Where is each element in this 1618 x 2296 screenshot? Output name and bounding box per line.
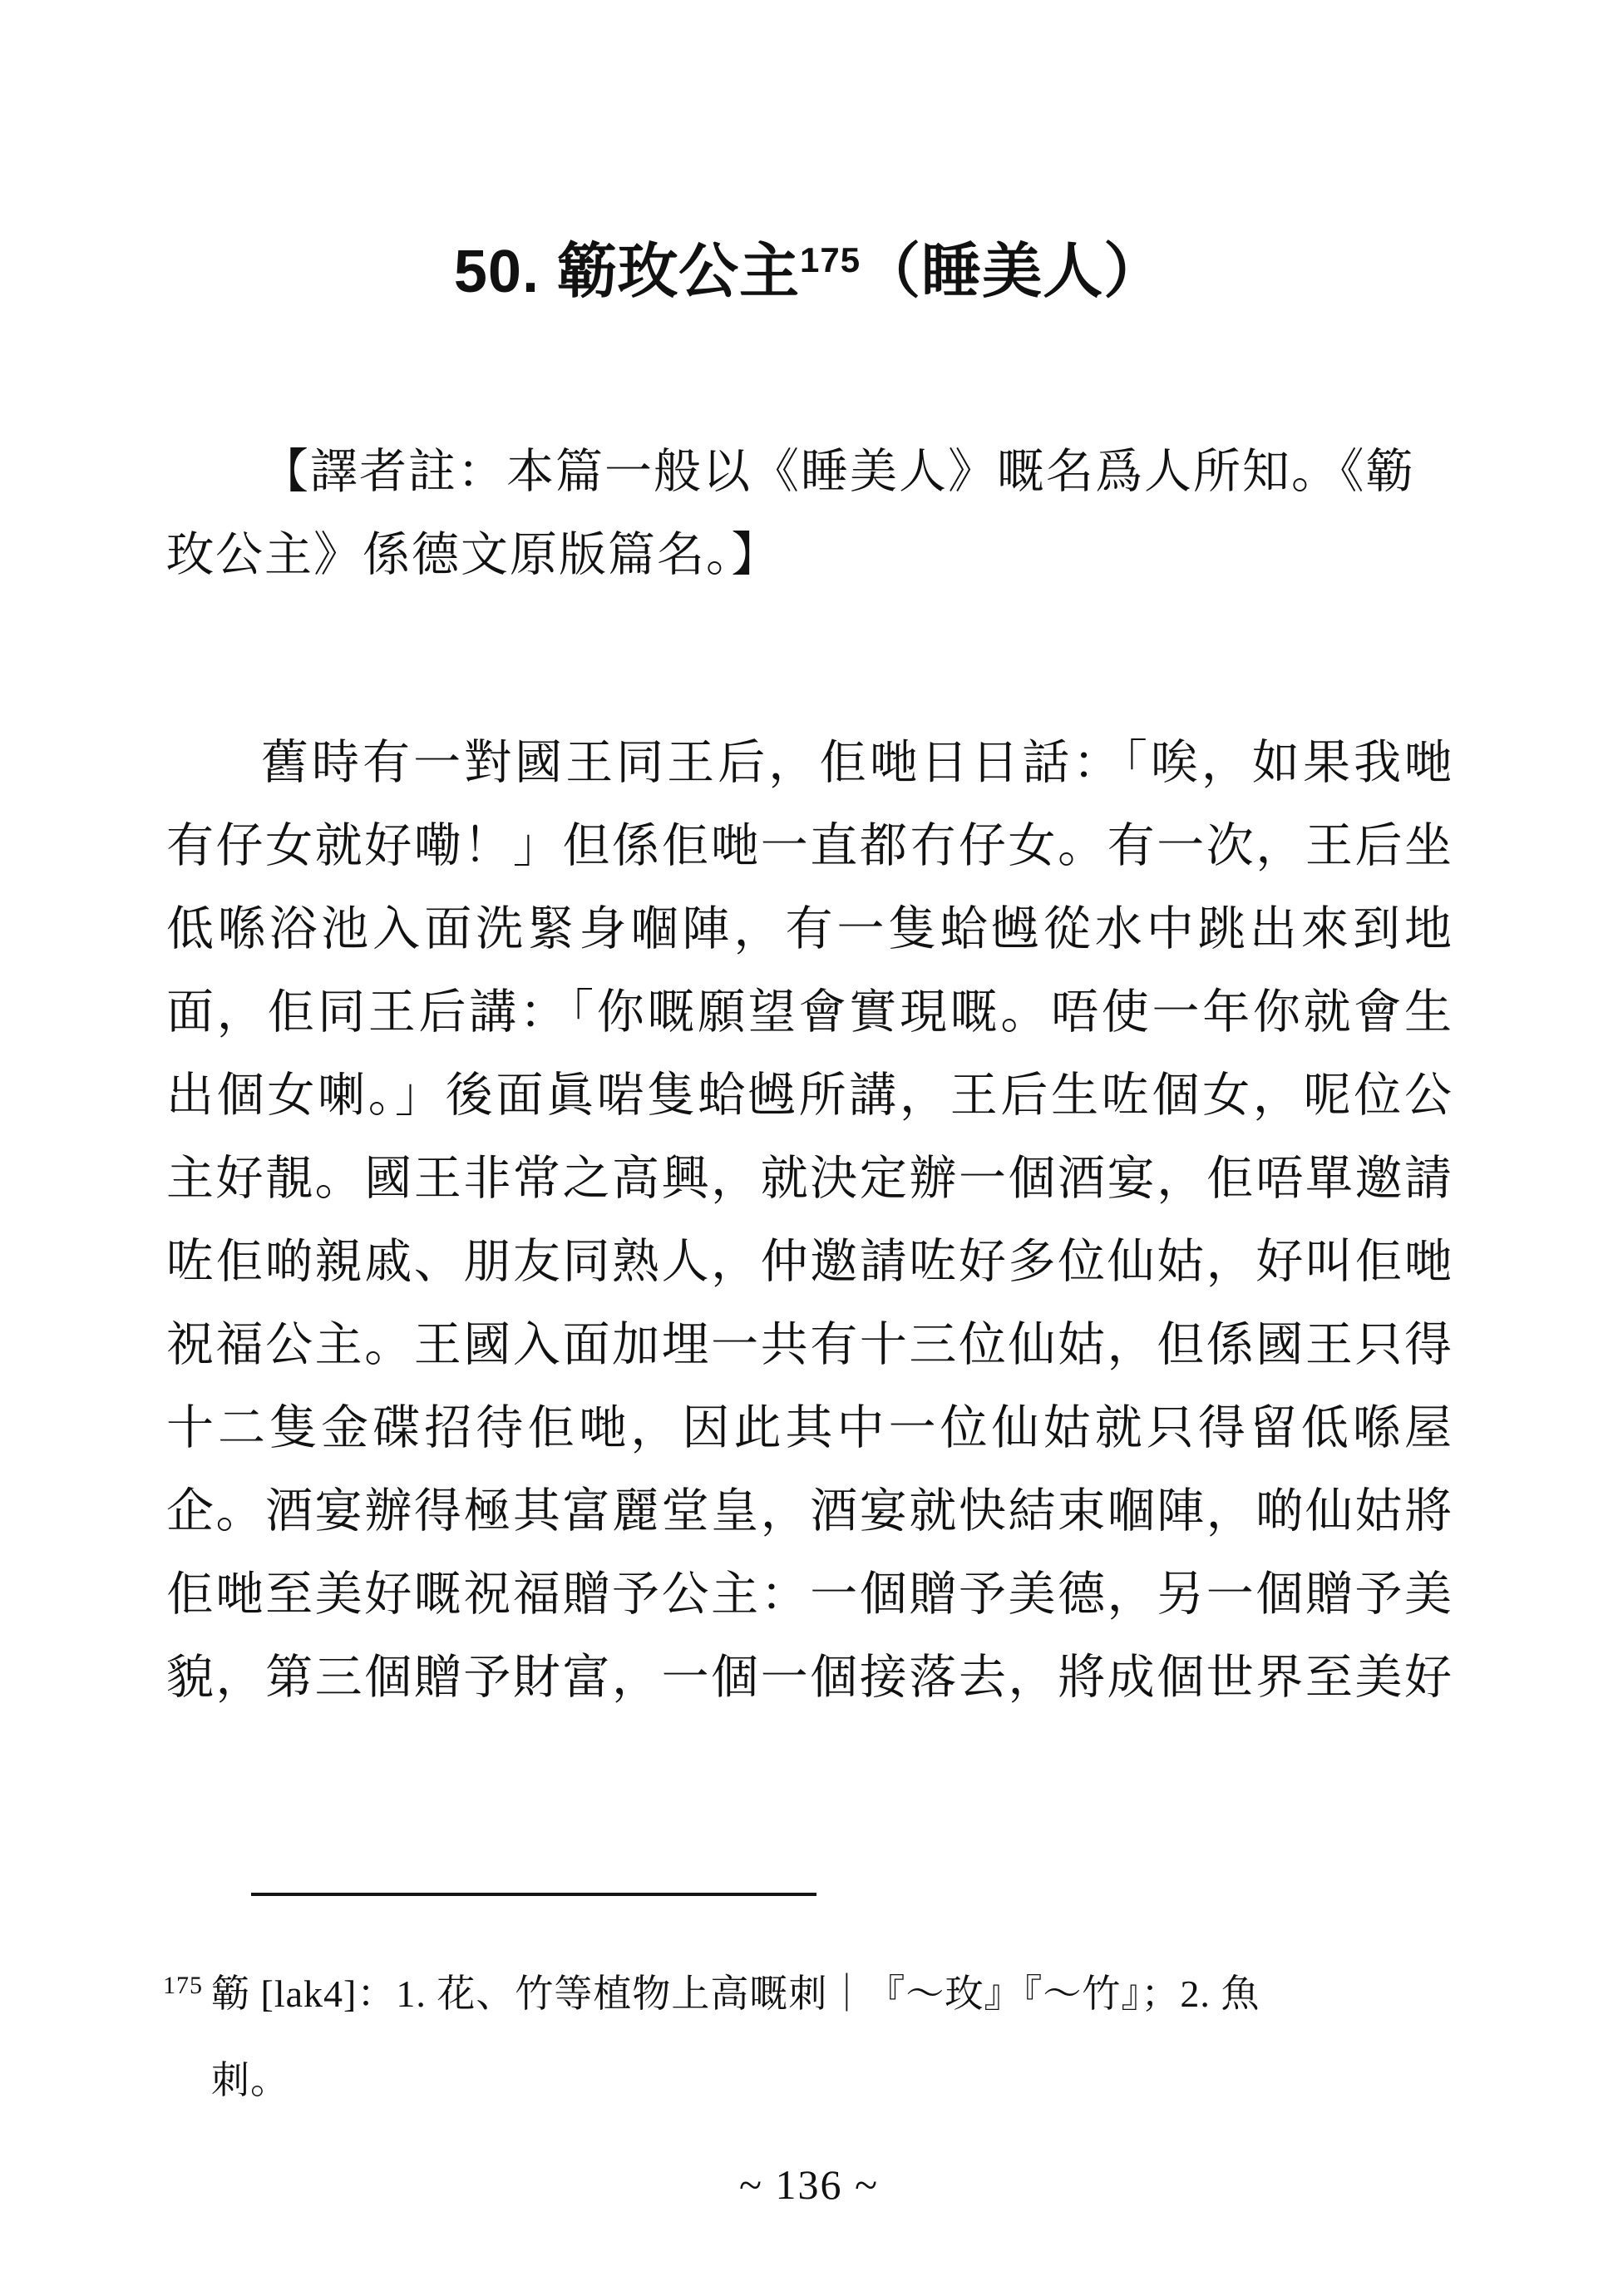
chapter-title: 50. 簕玫公主175（睡美人） [0,234,1618,318]
body-line: 祝福公主。王國入面加埋一共有十三位仙姑，但係國王只得 [166,1304,1452,1387]
footnote-line: 175簕 [lak4]：1. 花、竹等植物上高嘅刺｜『～玫』『～竹』；2. 魚 [163,1951,1460,2037]
body-line: 低喺浴池入面洗緊身嗰陣，有一隻蛤乸從水中跳出來到地 [166,888,1452,971]
body-line: 出個女喇。」後面眞啱隻蛤乸所講，王后生咗個女，呢位公 [166,1054,1452,1138]
footnote-separator-rule [251,1893,816,1896]
body-line: 面，佢同王后講：「你嘅願望會實現嘅。唔使一年你就會生 [166,971,1452,1054]
body-line: 咗佢啲親戚、朋友同熟人，仲邀請咗好多位仙姑，好叫佢哋 [166,1221,1452,1304]
translator-note-line: 【譯者註：本篇一般以《睡美人》嘅名爲人所知。《簕 [166,431,1452,514]
body-line: 貌，第三個贈予財富，一個一個接落去，將成個世界至美好 [166,1637,1452,1720]
footnote-reference-superscript: 175 [800,240,861,279]
footnote-line: 刺。 [163,2037,1460,2124]
translator-note: 【譯者註：本篇一般以《睡美人》嘅名爲人所知。《簕 玫公主》係德文原版篇名。】 [166,431,1452,597]
body-line: 舊時有一對國王同王后，佢哋日日話：「唉，如果我哋 [166,722,1452,805]
document-page: 50. 簕玫公主175（睡美人） 【譯者註：本篇一般以《睡美人》嘅名爲人所知。《… [0,0,1618,2296]
story-paragraph: 舊時有一對國王同王后，佢哋日日話：「唉，如果我哋 有仔女就好嘞！」但係佢哋一直都… [166,722,1452,1720]
body-line: 企。酒宴辦得極其富麗堂皇，酒宴就快結束嗰陣，啲仙姑將 [166,1470,1452,1553]
body-line: 有仔女就好嘞！」但係佢哋一直都冇仔女。有一次，王后坐 [166,805,1452,888]
footnote-text: 簕 [lak4]：1. 花、竹等植物上高嘅刺｜『～玫』『～竹』；2. 魚 [211,1973,1260,2015]
page-number: ~ 136 ~ [0,2160,1618,2209]
body-line: 主好靚。國王非常之高興，就決定辦一個酒宴，佢唔單邀請 [166,1138,1452,1221]
body-line: 十二隻金碟招待佢哋，因此其中一位仙姑就只得留低喺屋 [166,1387,1452,1470]
footnote-marker-superscript: 175 [163,1972,203,1999]
chapter-title-subtitle: （睡美人） [861,239,1164,305]
footnote: 175簕 [lak4]：1. 花、竹等植物上高嘅刺｜『～玫』『～竹』；2. 魚 … [163,1951,1460,2124]
body-line: 佢哋至美好嘅祝福贈予公主：一個贈予美德，另一個贈予美 [166,1553,1452,1637]
chapter-title-text: 50. 簕玫公主 [454,239,800,305]
translator-note-line: 玫公主》係德文原版篇名。】 [166,514,1452,597]
